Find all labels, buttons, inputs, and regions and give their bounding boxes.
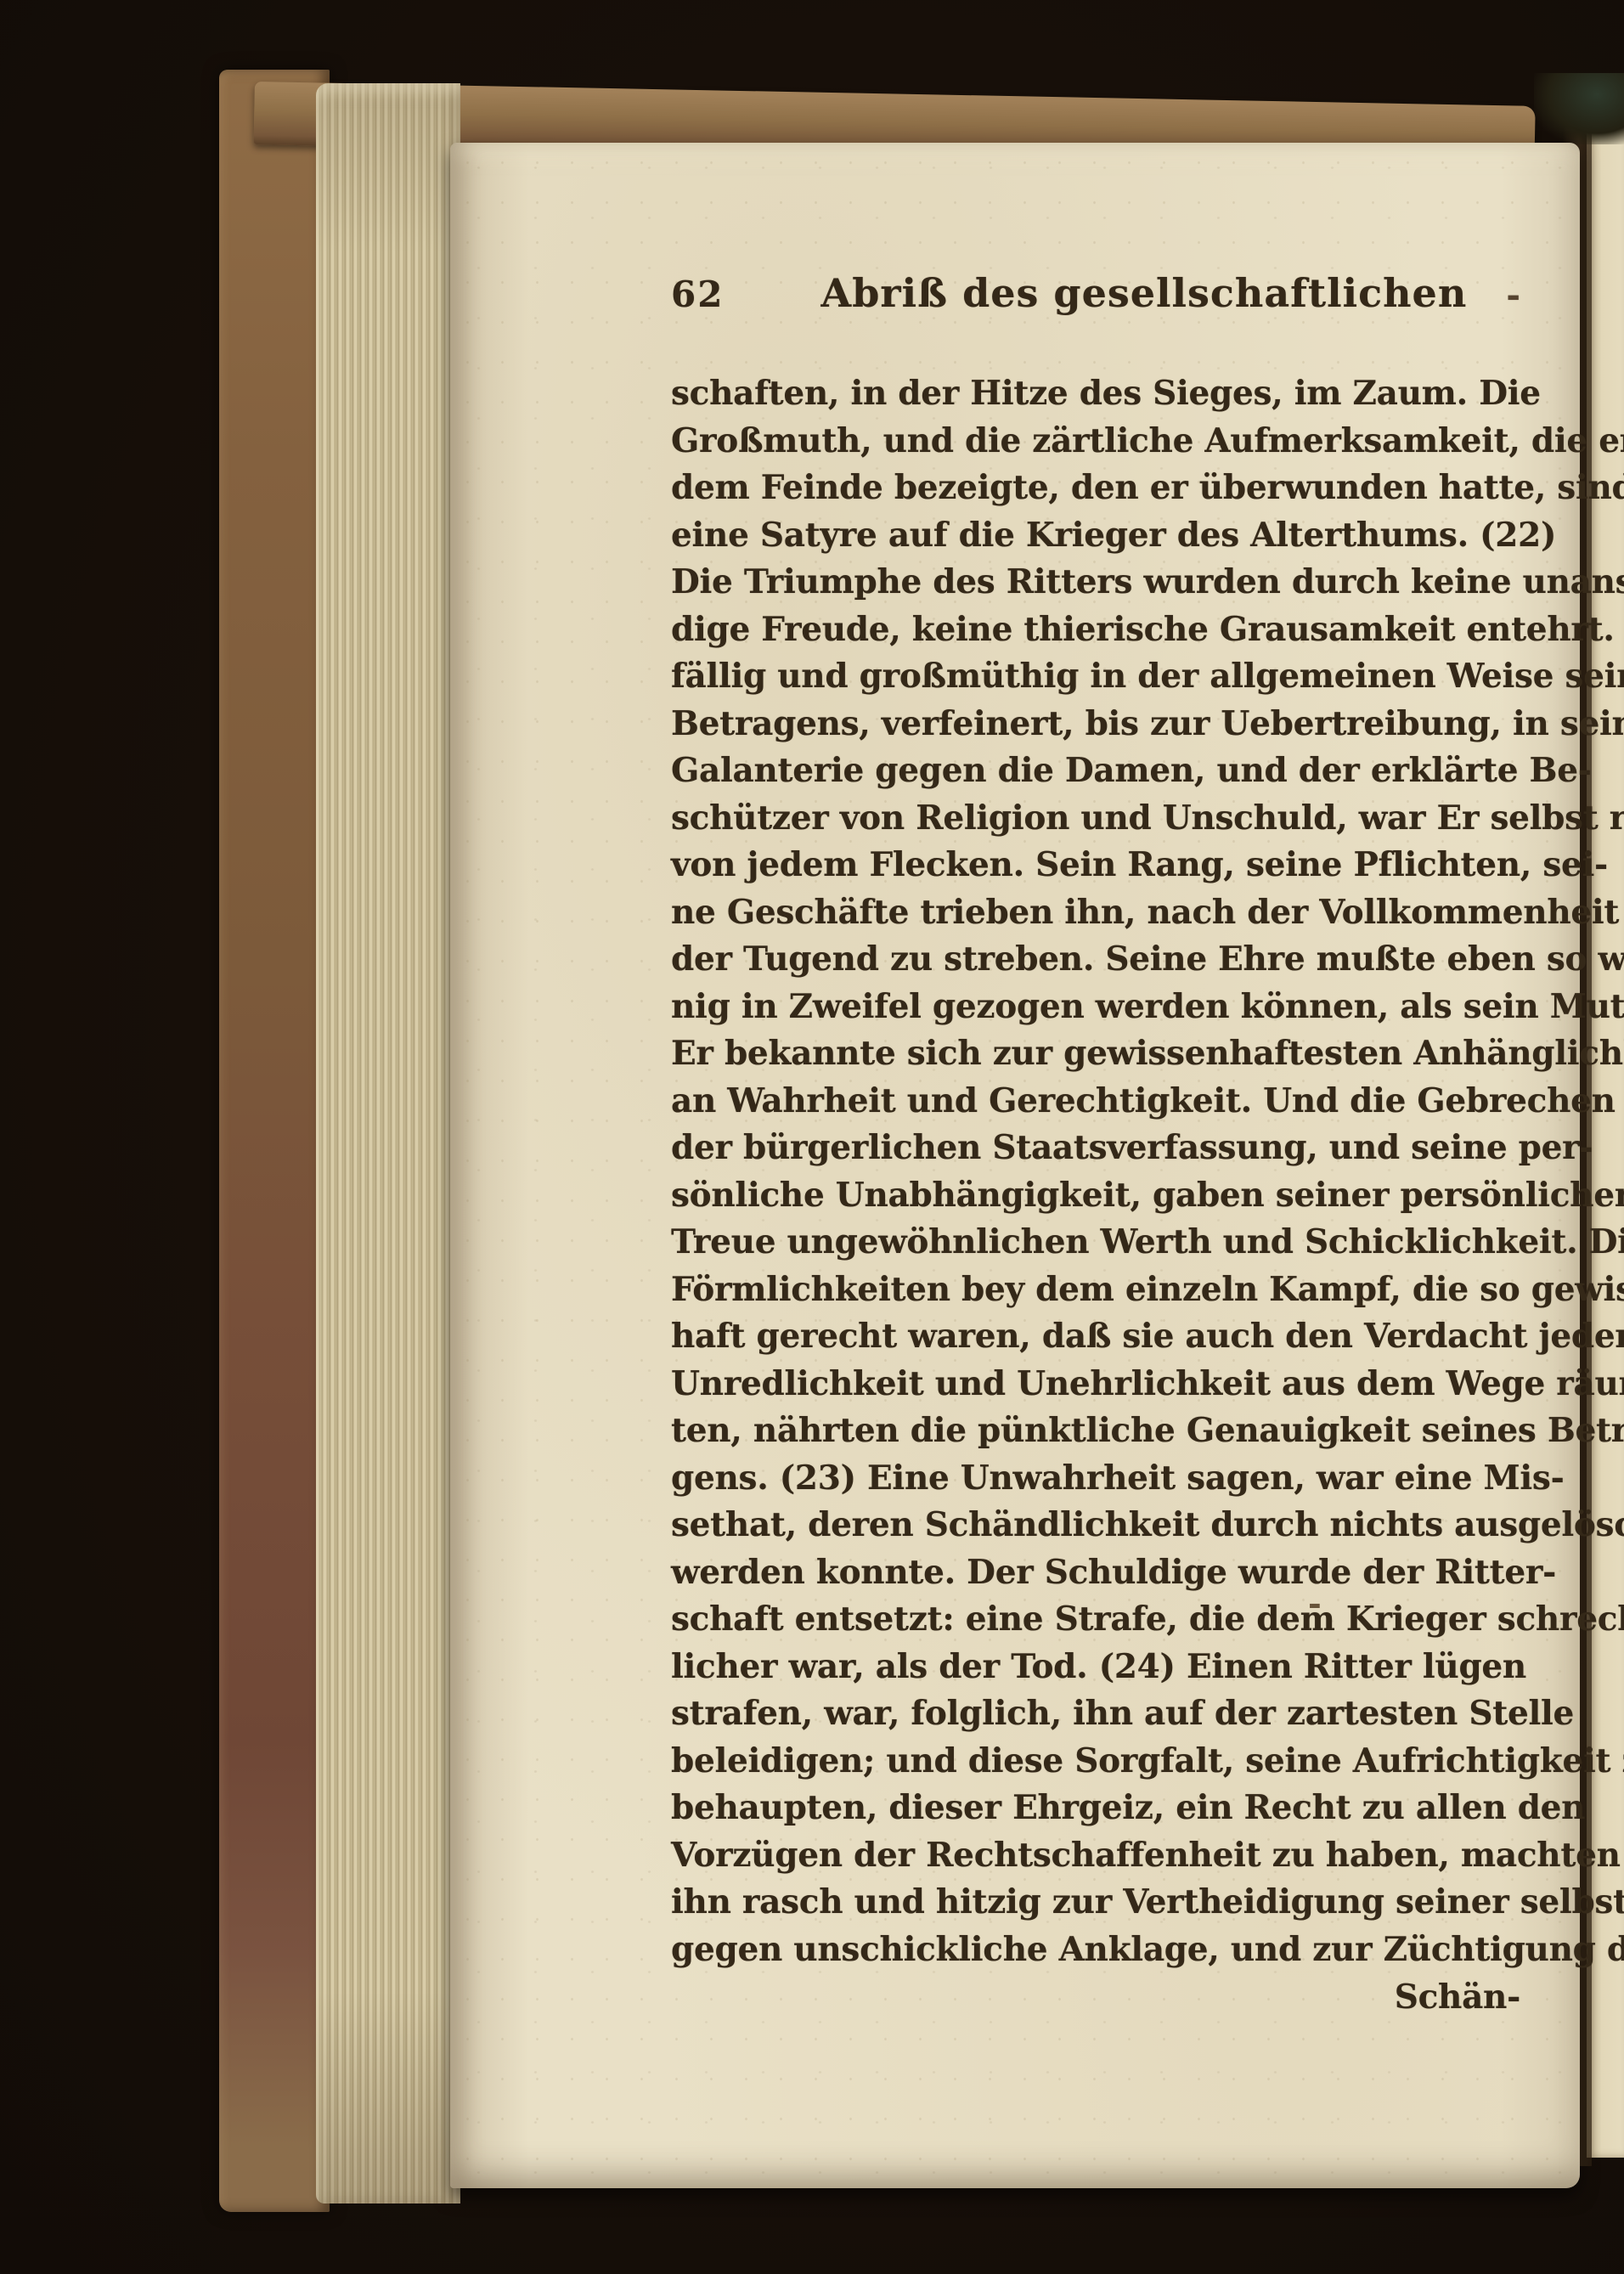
body-line: Treue ungewöhnlichen Werth und Schicklic… — [671, 1219, 1520, 1267]
body-line: behaupten, dieser Ehrgeiz, ein Recht zu … — [671, 1785, 1520, 1832]
body-line: der bürgerlichen Staatsverfassung, und s… — [671, 1125, 1520, 1172]
body-line: schützer von Religion und Unschuld, war … — [671, 795, 1520, 843]
body-line: ten, nährten die pünktliche Genauigkeit … — [671, 1408, 1520, 1455]
body-line: licher war, als der Tod. (24) Einen Ritt… — [671, 1644, 1520, 1691]
book-cover-edge — [219, 70, 330, 2212]
body-line: strafen, war, folglich, ihn auf der zart… — [671, 1690, 1520, 1738]
body-line: dige Freude, keine thierische Grausamkei… — [671, 607, 1520, 654]
body-line: Großmuth, und die zärtliche Aufmerksamke… — [671, 418, 1520, 466]
body-line: schaften, in der Hitze des Sieges, im Za… — [671, 370, 1520, 418]
body-line: sethat, deren Schändlichkeit durch nicht… — [671, 1502, 1520, 1549]
stray-hyphen-mark: - — [1506, 275, 1520, 315]
body-line: Er bekannte sich zur gewissenhaftesten A… — [671, 1030, 1520, 1078]
body-line: haft gerecht waren, daß sie auch den Ver… — [671, 1313, 1520, 1361]
body-line: werden konnte. Der Schuldige wurde der R… — [671, 1549, 1520, 1597]
body-line: Förmlichkeiten bey dem einzeln Kampf, di… — [671, 1267, 1520, 1314]
body-line: Unredlichkeit und Unehrlichkeit aus dem … — [671, 1361, 1520, 1408]
body-line: Galanterie gegen die Damen, und der erkl… — [671, 748, 1520, 795]
body-line: an Wahrheit und Gerechtigkeit. Und die G… — [671, 1078, 1520, 1126]
body-line: fällig und großmüthig in der allgemeinen… — [671, 653, 1520, 701]
body-line: eine Satyre auf die Krieger des Alterthu… — [671, 512, 1520, 560]
page-header: 62 Abriß des gesellschaftlichen - — [671, 270, 1520, 323]
page-edges-stack — [316, 83, 460, 2203]
body-line: schaft entsetzt: eine Strafe, die dem Kr… — [671, 1596, 1520, 1644]
body-line: der Tugend zu streben. Seine Ehre mußte … — [671, 936, 1520, 984]
body-line: gens. (23) Eine Unwahrheit sagen, war ei… — [671, 1455, 1520, 1503]
catchword: Schän- — [671, 1973, 1520, 2022]
body-line: von jedem Flecken. Sein Rang, seine Pfli… — [671, 842, 1520, 889]
body-line: Vorzügen der Rechtschaffenheit zu haben,… — [671, 1832, 1520, 1880]
body-text: schaften, in der Hitze des Sieges, im Za… — [671, 370, 1520, 2022]
body-line: sönliche Unabhängigkeit, gaben seiner pe… — [671, 1172, 1520, 1220]
body-line: dem Feinde bezeigte, den er überwunden h… — [671, 465, 1520, 512]
body-line: nig in Zweifel gezogen werden können, al… — [671, 984, 1520, 1031]
body-line: Die Triumphe des Ritters wurden durch ke… — [671, 559, 1520, 607]
stray-margin-mark: - — [1308, 1584, 1322, 1622]
page-number: 62 — [671, 274, 724, 315]
book-corner-shadow — [1534, 73, 1624, 144]
book-page: 62 Abriß des gesellschaftlichen - schaft… — [450, 143, 1580, 2188]
printed-text-area: 62 Abriß des gesellschaftlichen - schaft… — [671, 143, 1520, 2022]
body-line: gegen unschickliche Anklage, und zur Züc… — [671, 1927, 1520, 1974]
body-line: Betragens, verfeinert, bis zur Uebertrei… — [671, 701, 1520, 748]
body-line: beleidigen; und diese Sorgfalt, seine Au… — [671, 1738, 1520, 1786]
body-line: ihn rasch und hitzig zur Vertheidigung s… — [671, 1879, 1520, 1927]
running-title: Abriß des gesellschaftlichen — [724, 270, 1501, 316]
body-line: ne Geschäfte trieben ihn, nach der Vollk… — [671, 889, 1520, 937]
photo-background: 62 Abriß des gesellschaftlichen - schaft… — [0, 0, 1624, 2274]
